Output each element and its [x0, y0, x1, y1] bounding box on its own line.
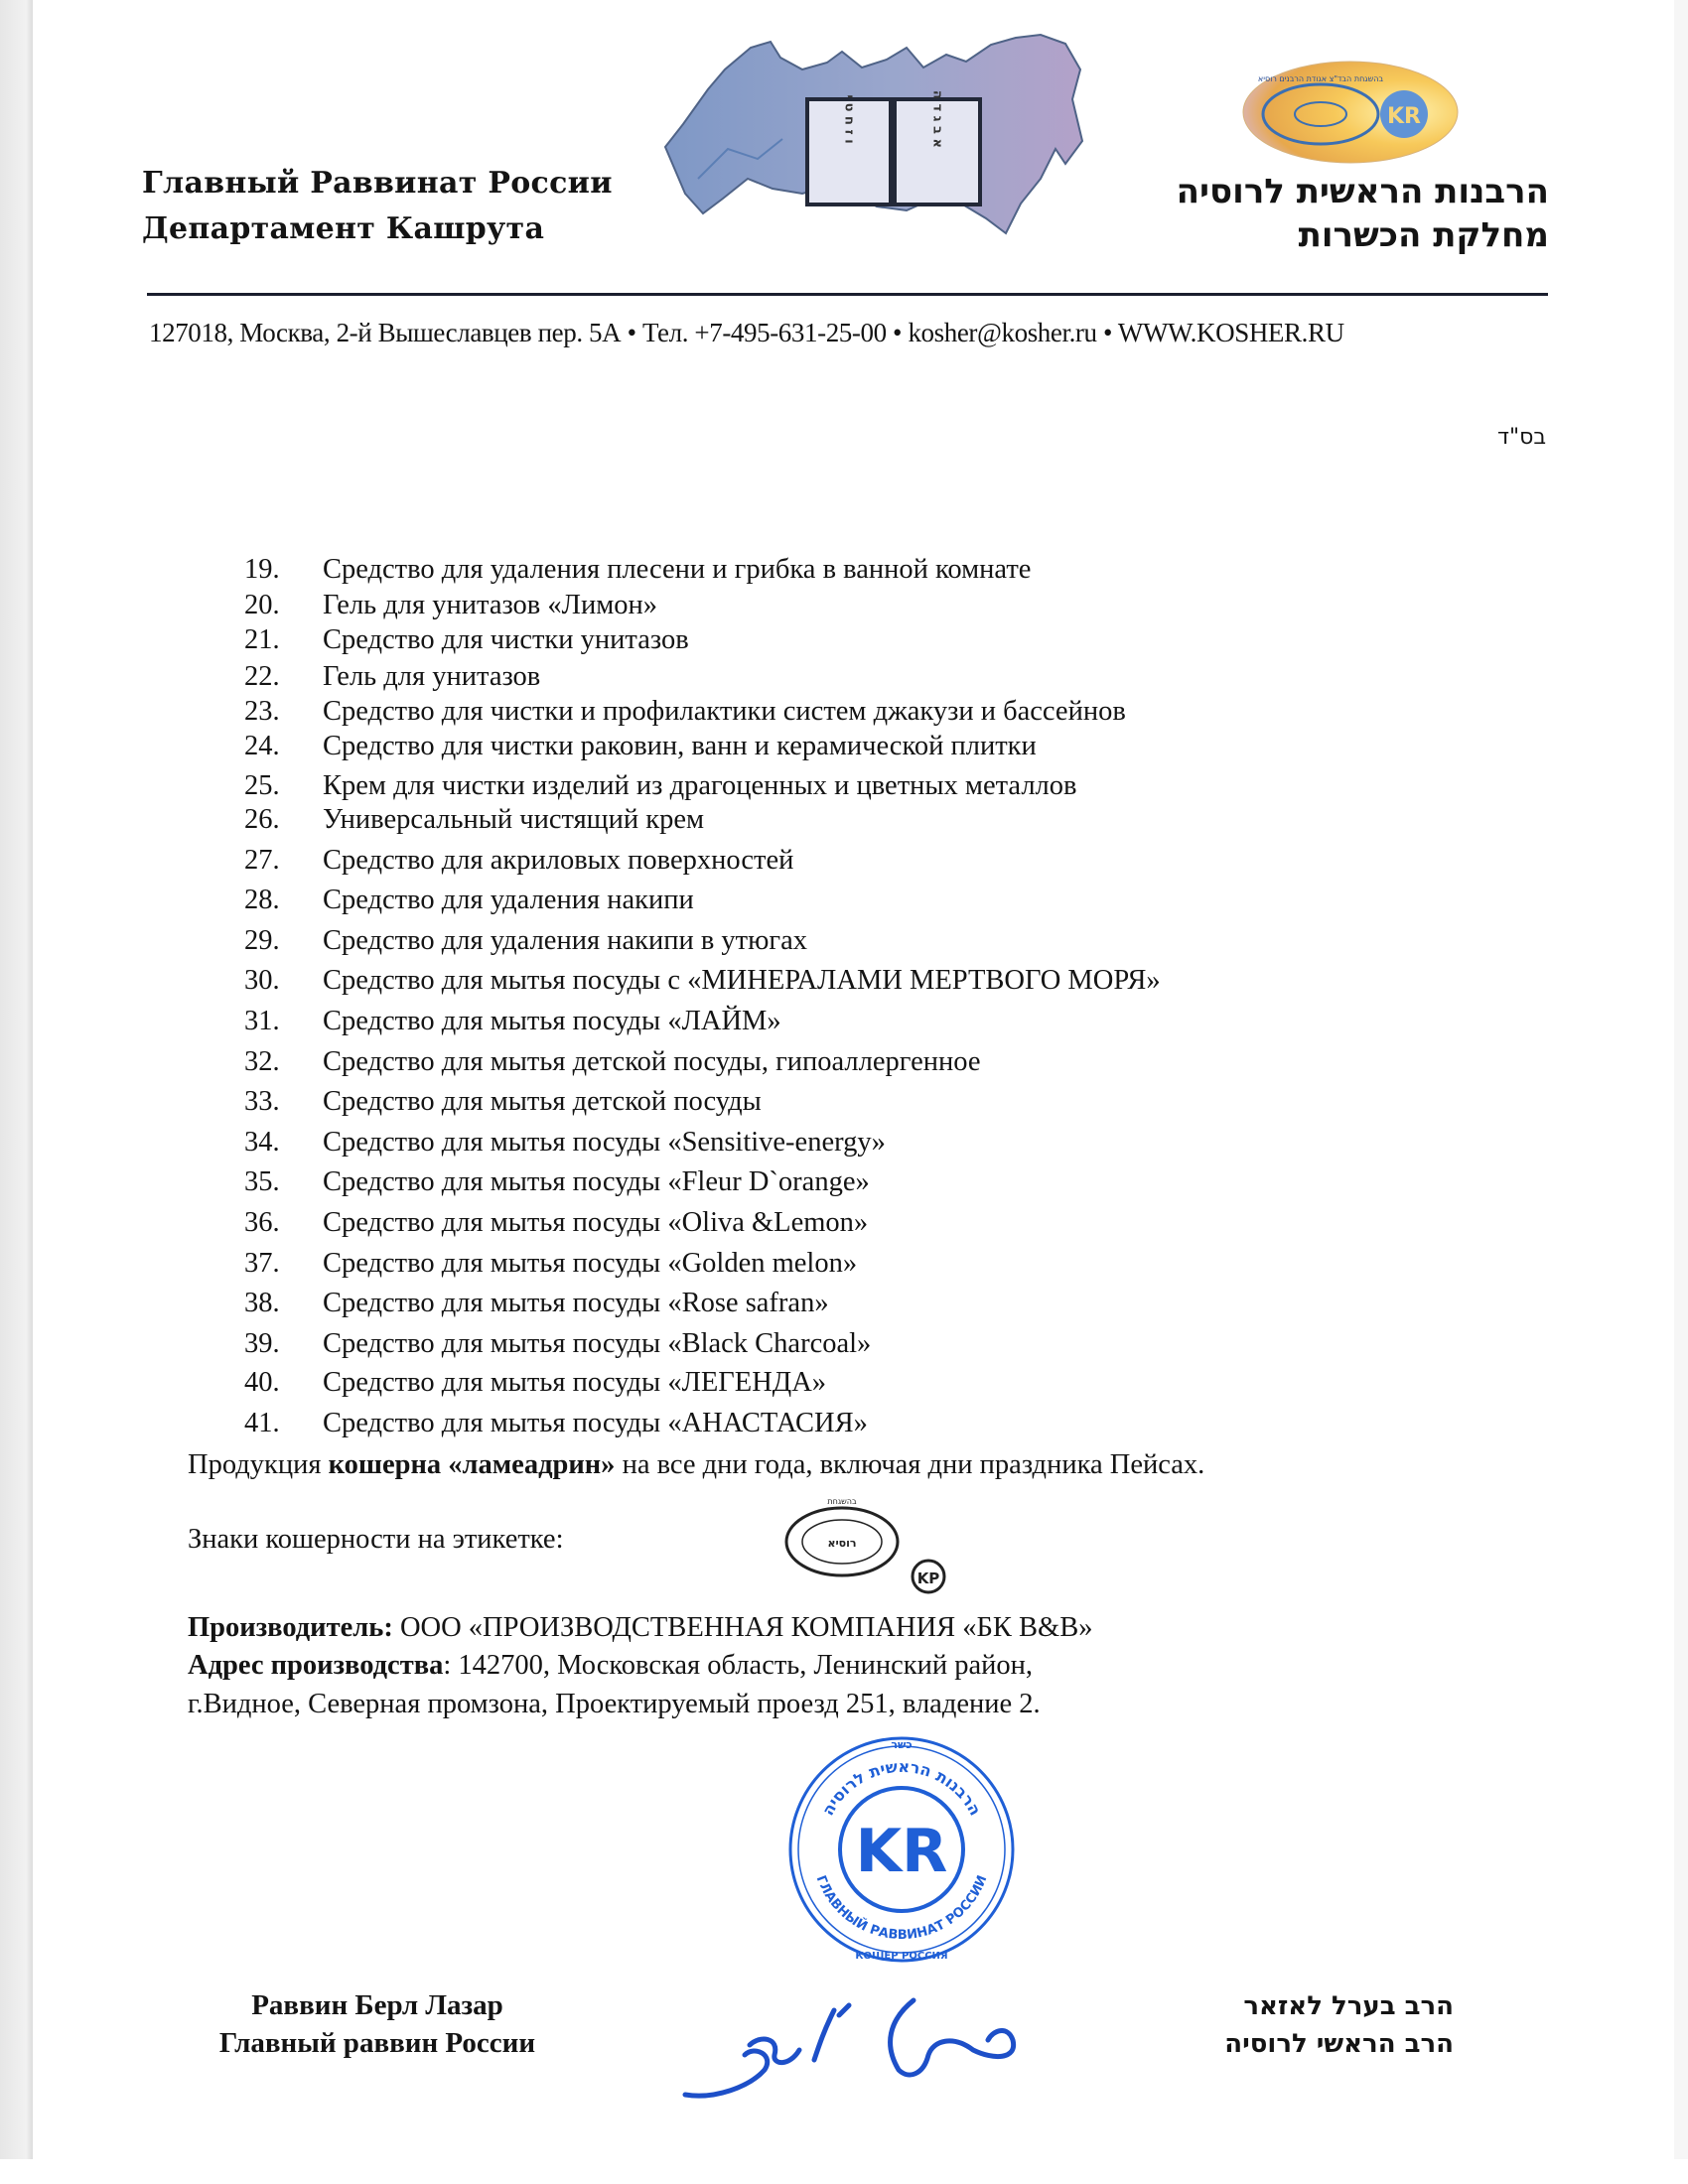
- product-name: Гель для унитазов: [323, 663, 540, 692]
- product-number: 20.: [244, 592, 323, 620]
- product-number: 38.: [244, 1290, 323, 1318]
- product-number: 19.: [244, 556, 323, 585]
- kosher-mark-icon: בהשגחת רוסיא KP: [774, 1494, 953, 1598]
- kosher-mark-center-text: רוסיא: [827, 1537, 856, 1550]
- product-list-item: 28.Средство для удаления накипи: [244, 887, 694, 915]
- product-name: Средство для мытья посуды «ЛЕГЕНДА»: [323, 1369, 826, 1398]
- product-name: Средство для чистки раковин, ванн и кера…: [323, 733, 1037, 761]
- product-name: Средство для удаления плесени и грибка в…: [323, 556, 1031, 585]
- signature: [675, 1976, 1152, 2105]
- product-name: Средство для акриловых поверхностей: [323, 847, 793, 876]
- product-number: 30.: [244, 967, 323, 996]
- product-number: 39.: [244, 1330, 323, 1359]
- stamp-bottom-text: КОШЕР РОССИЯ: [855, 1951, 947, 1962]
- product-list-item: 36.Средство для мытья посуды «Oliva &Lem…: [244, 1209, 868, 1238]
- production-address-line2: г.Видное, Северная промзона, Проектируем…: [188, 1691, 1041, 1719]
- scan-left-edge: [0, 0, 33, 2159]
- product-name: Средство для удаления накипи: [323, 887, 694, 915]
- product-list-item: 33.Средство для мытья детской посуды: [244, 1088, 762, 1117]
- label-marks-label: Знаки кошерности на этикетке:: [188, 1526, 564, 1555]
- product-number: 28.: [244, 887, 323, 915]
- manufacturer: Производитель: ООО «ПРОИЗВОДСТВЕННАЯ КОМ…: [188, 1614, 1092, 1643]
- product-number: 26.: [244, 806, 323, 835]
- product-name: Средство для мытья посуды «Rose safran»: [323, 1290, 829, 1318]
- product-list-item: 22.Гель для унитазов: [244, 663, 540, 692]
- hologram-text: בהשגחת הבד"צ אגודת הרבנים רוסיא: [1258, 74, 1384, 83]
- department-name-he: מחלקת הכשרות: [1299, 218, 1549, 252]
- letterhead-divider: [147, 293, 1548, 296]
- signer-name-ru: Раввин Берл Лазар: [230, 1991, 524, 2020]
- kosher-mark-top-text: בהשגחת: [827, 1497, 857, 1506]
- product-list-item: 26.Универсальный чистящий крем: [244, 806, 704, 835]
- product-list-item: 39.Средство для мытья посуды «Black Char…: [244, 1330, 871, 1359]
- product-number: 37.: [244, 1250, 323, 1279]
- product-name: Средство для мытья посуды с «МИНЕРАЛАМИ …: [323, 967, 1161, 996]
- product-number: 25.: [244, 772, 323, 801]
- product-name: Средство для мытья посуды «АНАСТАСИЯ»: [323, 1410, 868, 1438]
- product-number: 23.: [244, 698, 323, 727]
- production-address-label: Адрес производства: [188, 1650, 443, 1681]
- product-number: 29.: [244, 927, 323, 956]
- product-list-item: 21.Средство для чистки унитазов: [244, 626, 689, 655]
- hologram-logo-text: KR: [1387, 104, 1421, 129]
- product-list-item: 20.Гель для унитазов «Лимон»: [244, 592, 657, 620]
- production-address-line1: : 142700, Московская область, Ленинский …: [443, 1650, 1033, 1681]
- product-list-item: 38.Средство для мытья посуды «Rose safra…: [244, 1290, 829, 1318]
- product-name: Средство для мытья посуды «Fleur D`orang…: [323, 1168, 870, 1197]
- tablets-icon: ו ז ח ט י א ב ג ד ה: [807, 90, 980, 205]
- product-name: Средство для чистки унитазов: [323, 626, 689, 655]
- manufacturer-label: Производитель:: [188, 1612, 393, 1643]
- product-name: Средство для чистки и профилактики систе…: [323, 698, 1126, 727]
- product-number: 33.: [244, 1088, 323, 1117]
- product-list-item: 24.Средство для чистки раковин, ванн и к…: [244, 733, 1037, 761]
- product-number: 22.: [244, 663, 323, 692]
- product-list-item: 29.Средство для удаления накипи в утюгах: [244, 927, 807, 956]
- product-list-item: 23.Средство для чистки и профилактики си…: [244, 698, 1126, 727]
- product-list-item: 31.Средство для мытья посуды «ЛАЙМ»: [244, 1008, 781, 1036]
- tablet-right-letters: א ב ג ד ה: [930, 90, 945, 148]
- product-name: Средство для мытья детской посуды: [323, 1088, 762, 1117]
- kosher-statement: Продукция кошерна «ламеадрин» на все дни…: [188, 1451, 1204, 1480]
- product-number: 32.: [244, 1048, 323, 1077]
- product-list-item: 30.Средство для мытья посуды с «МИНЕРАЛА…: [244, 967, 1161, 996]
- manufacturer-value: ООО «ПРОИЗВОДСТВЕННАЯ КОМПАНИЯ «БК B&B»: [393, 1612, 1093, 1643]
- stamp-logo-text: KR: [856, 1817, 948, 1886]
- product-name: Средство для мытья посуды «Golden melon»: [323, 1250, 857, 1279]
- product-list-item: 40.Средство для мытья посуды «ЛЕГЕНДА»: [244, 1369, 826, 1398]
- kosher-status: кошерна «ламеадрин»: [329, 1449, 616, 1480]
- kosher-statement-prefix: Продукция: [188, 1449, 329, 1480]
- product-list-item: 25.Крем для чистки изделий из драгоценны…: [244, 772, 1076, 801]
- org-name-he: הרבנות הראשית לרוסיה: [1177, 175, 1549, 208]
- signer-title-he: הרב הראשי לרוסיה: [1224, 2031, 1454, 2057]
- org-name-ru: Главный Раввинат России: [142, 169, 613, 199]
- product-name: Универсальный чистящий крем: [323, 806, 704, 835]
- department-name-ru: Департамент Кашрута: [142, 214, 544, 244]
- product-name: Крем для чистки изделий из драгоценных и…: [323, 772, 1076, 801]
- kp-logo-text: KP: [917, 1570, 940, 1587]
- product-name: Средство для мытья посуды «Black Charcoa…: [323, 1330, 871, 1359]
- product-list-item: 37.Средство для мытья посуды «Golden mel…: [244, 1250, 857, 1279]
- product-name: Средство для мытья посуды «ЛАЙМ»: [323, 1008, 781, 1036]
- product-list-item: 41.Средство для мытья посуды «АНАСТАСИЯ»: [244, 1410, 868, 1438]
- product-number: 31.: [244, 1008, 323, 1036]
- product-number: 21.: [244, 626, 323, 655]
- product-name: Средство для удаления накипи в утюгах: [323, 927, 807, 956]
- product-list-item: 19.Средство для удаления плесени и грибк…: [244, 556, 1031, 585]
- product-name: Средство для мытья детской посуды, гипоа…: [323, 1048, 980, 1077]
- kr-stamp: הרבנות הראשית לרוסיה ГЛАВНЫЙ РАВВИНАТ РО…: [784, 1732, 1019, 1967]
- stamp-top-text: כשר: [891, 1738, 912, 1751]
- product-name: Средство для мытья посуды «Oliva &Lemon»: [323, 1209, 868, 1238]
- product-number: 36.: [244, 1209, 323, 1238]
- tablet-left-letters: ו ז ח ט י: [842, 94, 857, 143]
- product-number: 34.: [244, 1129, 323, 1158]
- hologram-seal: בהשגחת הבד"צ אגודת הרבנים רוסיא KR: [1241, 60, 1460, 165]
- contact-address: 127018, Москва, 2-й Вышеславцев пер. 5А …: [149, 318, 1344, 348]
- signer-title-ru: Главный раввин России: [216, 2029, 538, 2058]
- signer-name-he: הרב בערל לאזאר: [1243, 1993, 1454, 2019]
- product-number: 24.: [244, 733, 323, 761]
- product-list-item: 34.Средство для мытья посуды «Sensitive-…: [244, 1129, 886, 1158]
- production-address: Адрес производства: 142700, Московская о…: [188, 1652, 1033, 1681]
- kosher-statement-suffix: на все дни года, включая дни праздника П…: [615, 1449, 1204, 1480]
- russia-map-logo: ו ז ח ט י א ב ג ד ה: [663, 30, 1085, 250]
- product-list-item: 35.Средство для мытья посуды «Fleur D`or…: [244, 1168, 870, 1197]
- scan-right-edge: [1674, 0, 1688, 2159]
- product-number: 27.: [244, 847, 323, 876]
- product-number: 35.: [244, 1168, 323, 1197]
- product-name: Гель для унитазов «Лимон»: [323, 592, 657, 620]
- product-number: 40.: [244, 1369, 323, 1398]
- product-name: Средство для мытья посуды «Sensitive-ene…: [323, 1129, 886, 1158]
- bsd-mark: בס"ד: [1497, 425, 1546, 450]
- product-list-item: 27.Средство для акриловых поверхностей: [244, 847, 793, 876]
- product-list-item: 32.Средство для мытья детской посуды, ги…: [244, 1048, 980, 1077]
- product-number: 41.: [244, 1410, 323, 1438]
